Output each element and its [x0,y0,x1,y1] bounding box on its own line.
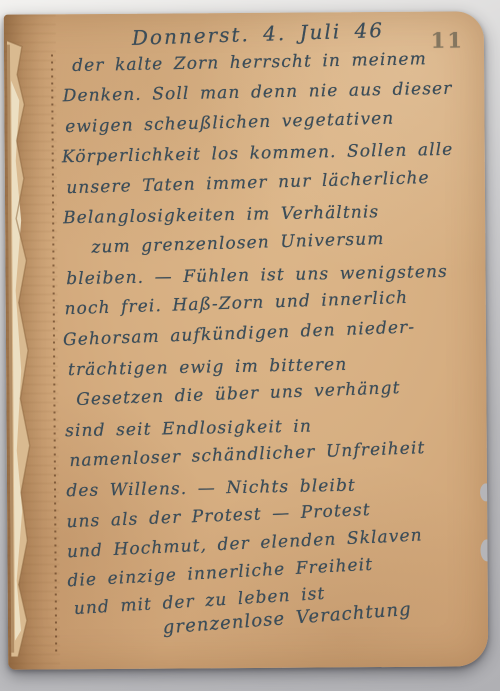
page-edge-chip [480,483,488,501]
torn-paper-edge-graphic [7,40,37,656]
page-edge-chip [480,539,488,561]
handwriting-block: der kalte Zorn herrscht in meinemDenken.… [58,48,488,650]
scanned-photo-backdrop: 11 Donnerst. 4. Juli 46 der kalte Zorn h… [0,0,500,691]
diary-page: 11 Donnerst. 4. Juli 46 der kalte Zorn h… [4,11,489,669]
torn-page-stub [7,40,37,660]
